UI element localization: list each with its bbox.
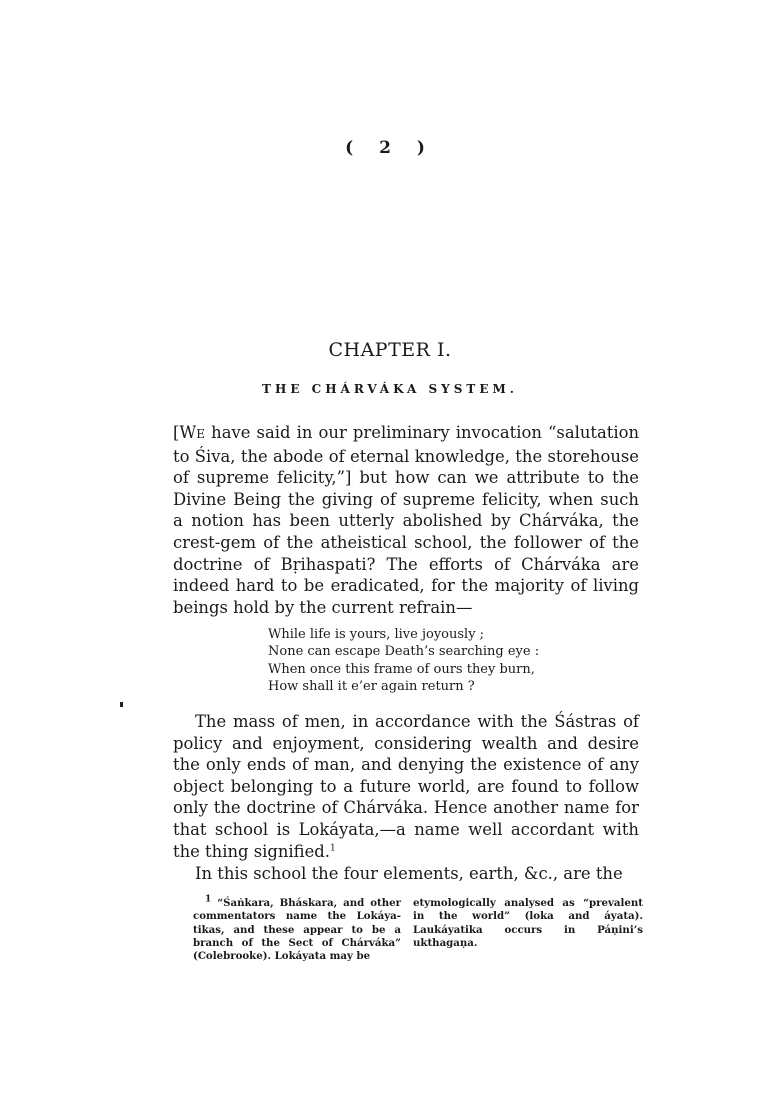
chapter-heading: CHAPTER I. bbox=[0, 339, 780, 361]
footnote-text-left: “Śaṅkara, Bháskara, and other commentato… bbox=[193, 897, 401, 962]
page-number: ( 2 ) bbox=[0, 138, 780, 158]
verse-line: While life is yours, live joyously ; bbox=[268, 626, 588, 643]
footnote-left-column: 1 “Śaṅkara, Bháskara, and other commenta… bbox=[193, 897, 401, 963]
footnote-right-column: etymologically analysed as “prevalent in… bbox=[413, 897, 643, 963]
verse-line: None can escape Death’s searching eye : bbox=[268, 643, 588, 660]
footnote-marker: 1 bbox=[205, 895, 211, 905]
footnote-reference[interactable]: 1 bbox=[330, 843, 336, 853]
chapter-subtitle: THE CHÁRVÁKA SYSTEM. bbox=[0, 382, 780, 396]
paragraph-mass-of-men: The mass of men, in accordance with the … bbox=[173, 711, 639, 862]
footnote-text-right: etymologically analysed as “prevalent in… bbox=[413, 897, 643, 949]
paragraph-four-elements: In this school the four elements, earth,… bbox=[173, 863, 639, 885]
paragraph-text: have said in our preliminary invocation … bbox=[173, 423, 639, 617]
footnote-block: 1 “Śaṅkara, Bháskara, and other commenta… bbox=[193, 897, 643, 963]
paragraph-lead-smallcaps: E bbox=[196, 427, 205, 441]
paragraph-text: The mass of men, in accordance with the … bbox=[173, 712, 639, 861]
paragraph-lead: [W bbox=[173, 423, 196, 442]
paragraph-opening: [WE have said in our preliminary invocat… bbox=[173, 422, 639, 618]
scan-artifact-mark bbox=[120, 702, 123, 707]
verse-block: While life is yours, live joyously ; Non… bbox=[268, 626, 588, 696]
paragraph-text: In this school the four elements, earth,… bbox=[195, 864, 623, 883]
verse-line: How shall it e’er again return ? bbox=[268, 678, 588, 695]
verse-line: When once this frame of ours they burn, bbox=[268, 661, 588, 678]
document-page: ( 2 ) CHAPTER I. THE CHÁRVÁKA SYSTEM. [W… bbox=[0, 0, 780, 1108]
